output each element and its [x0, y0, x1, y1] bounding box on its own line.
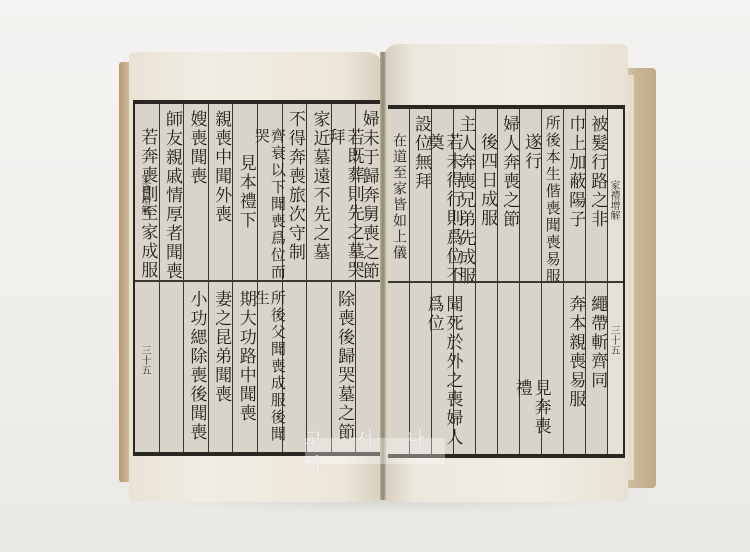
right-section-divider [388, 281, 623, 283]
right-upper-text-2: 巾上加蔽陽子 [565, 109, 584, 287]
right-lower-text-2: 奔本親喪易服 [565, 289, 584, 454]
page-edge-highlight [628, 75, 634, 480]
left-text-frame: 婦未于歸奔舅喪之節 若既葬則先之墓哭拜 除喪後歸哭墓之節 家近墓遠不先之墓 不得… [133, 100, 380, 456]
left-section-divider [135, 280, 380, 282]
left-lower-text-8: 小功緦除喪後聞喪 [187, 284, 206, 452]
left-lower-text-7: 妻之昆弟聞喪 [211, 284, 230, 452]
left-upper-text-6: 見本禮下 [236, 104, 255, 282]
left-col-5: 齊衰以下聞喪爲位而哭 所後父聞喪成服後聞生 [257, 104, 282, 452]
right-upper-text-4: 遂行 [521, 109, 540, 287]
right-page-number: 三十五 [606, 325, 621, 355]
left-columns: 婦未于歸奔舅喪之節 若既葬則先之墓哭拜 除喪後歸哭墓之節 家近墓遠不先之墓 不得… [135, 104, 380, 452]
left-upper-text-9: 師友親戚情厚者聞喪 [162, 104, 181, 282]
left-col-8: 嫂喪聞喪 小功緦除喪後聞喪 [183, 104, 208, 452]
left-lower-text-6: 期大功路中聞喪 [236, 284, 255, 452]
left-upper-text-8: 嫂喪聞喪 [187, 104, 206, 282]
right-upper-text-6: 後四日成服 [477, 109, 496, 287]
watermark: 고 서 나 라 [305, 438, 445, 464]
left-lower-text-5: 所後父聞喪成服後聞生 [254, 284, 286, 452]
right-lower-text-1: 繩帶斬齊同 [587, 289, 606, 454]
right-margin-title: 家禮增解 [606, 180, 621, 220]
left-page-number: 三十五 [137, 345, 152, 375]
left-upper-text-3: 家近墓遠不先之墓 [310, 104, 329, 282]
left-upper-text-4: 不得奔喪旅次守制 [285, 104, 304, 282]
left-col-6: 見本禮下 期大功路中聞喪 [232, 104, 257, 452]
right-upper-text-10: 在道至家皆如上儀 [391, 109, 406, 287]
left-upper-text-7: 親喪中聞外喪 [211, 104, 230, 282]
left-col-10: 若奔喪則至家成服 [135, 104, 159, 452]
right-text-frame: 被髮行路之非 繩帶斬齊同 巾上加蔽陽子 奔本親喪易服 所後本生偕喪聞喪易服 遂行… [388, 105, 625, 458]
right-upper-text-9: 設位無拜 [411, 109, 430, 287]
right-upper-text-1: 被髮行路之非 [587, 109, 606, 287]
right-upper-text-3: 所後本生偕喪聞喪易服 [545, 109, 561, 287]
left-margin-title: 家禮增解 [137, 175, 152, 215]
left-col-9: 師友親戚情厚者聞喪 [159, 104, 184, 452]
right-upper-text-5: 婦人奔喪之節 [499, 109, 518, 287]
left-col-3: 家近墓遠不先之墓 [306, 104, 331, 452]
left-col-2: 若既葬則先之墓哭拜 除喪後歸哭墓之節 [331, 104, 356, 452]
left-col-7: 親喪中聞外喪 妻之昆弟聞喪 [208, 104, 233, 452]
left-upper-text-5: 齊衰以下聞喪爲位而哭 [254, 104, 286, 282]
